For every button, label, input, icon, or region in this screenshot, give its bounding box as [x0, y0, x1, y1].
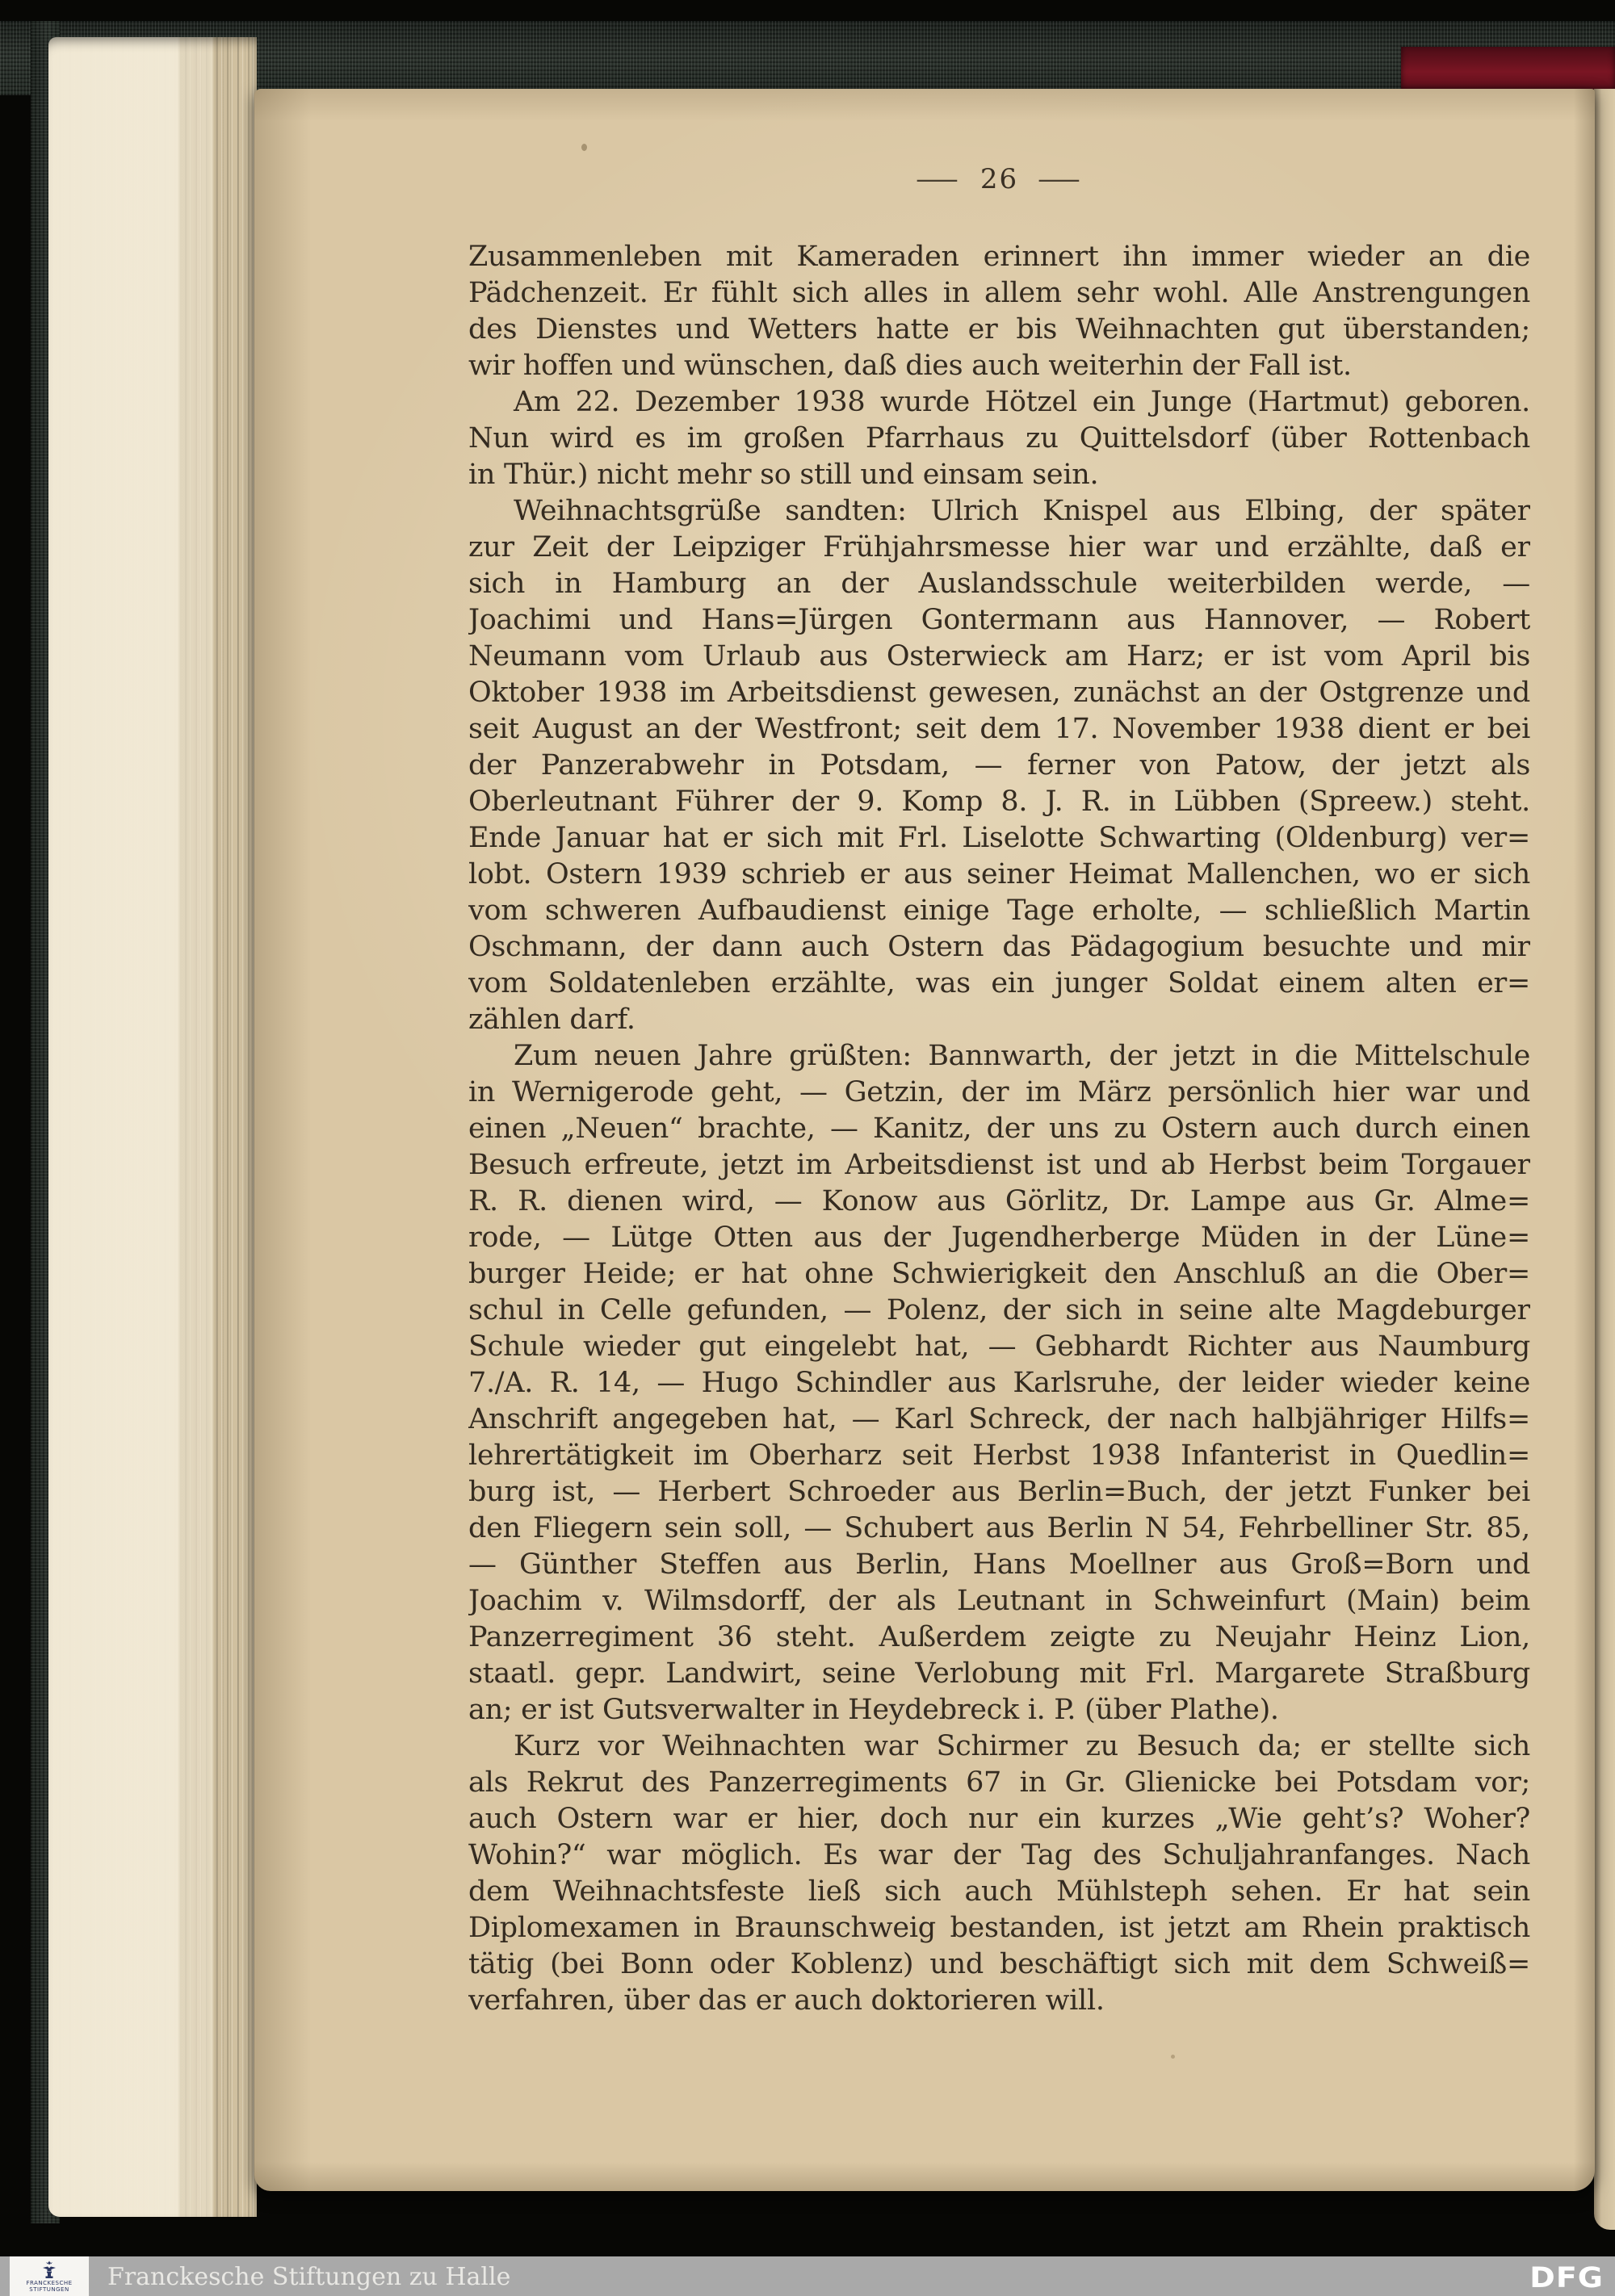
- text-line: Oberleutnant Führer der 9. Komp 8. J. R.…: [468, 784, 1530, 820]
- text-line: rode, — Lütge Otten aus der Jugendherber…: [468, 1220, 1530, 1256]
- text-line: zur Zeit der Leipziger Frühjahrsmesse hi…: [468, 530, 1530, 566]
- text-line: als Rekrut des Panzerregiments 67 in Gr.…: [468, 1765, 1530, 1801]
- text-line: Oschmann, der dann auch Ostern das Pädag…: [468, 929, 1530, 966]
- text-line: vom schweren Aufbaudienst einige Tage er…: [468, 893, 1530, 929]
- paper-speck: [581, 144, 587, 151]
- dfg-logo: DFG: [1529, 2261, 1604, 2294]
- text-line: Kurz vor Weihnachten war Schirmer zu Bes…: [468, 1728, 1530, 1765]
- scanned-book-viewer: —26— Zusammenleben mit Kameraden erinner…: [0, 0, 1615, 2296]
- text-line: der Panzerabwehr in Potsdam, — ferner vo…: [468, 748, 1530, 784]
- text-line: Oktober 1938 im Arbeitsdienst gewesen, z…: [468, 675, 1530, 711]
- header-dash-left: —: [915, 163, 962, 195]
- text-line: Am 22. Dezember 1938 wurde Hötzel ein Ju…: [468, 384, 1530, 421]
- text-line: Zum neuen Jahre grüßten: Bannwarth, der …: [468, 1038, 1530, 1075]
- text-line: Schule wieder gut eingelebt hat, — Gebha…: [468, 1329, 1530, 1365]
- text-line: dem Weihnachtsfeste ließ sich auch Mühls…: [468, 1874, 1530, 1910]
- page-stack-edges: [48, 37, 257, 2217]
- viewer-footer-bar: FRANCKESCHE STIFTUNGEN Franckesche Stift…: [0, 2256, 1615, 2296]
- text-line: Anschrift angegeben hat, — Karl Schreck,…: [468, 1401, 1530, 1438]
- text-line: Zusammenleben mit Kameraden erinnert ihn…: [468, 239, 1530, 275]
- text-line: wir hoffen und wünschen, daß dies auch w…: [468, 348, 1530, 384]
- page-header: —26—: [468, 163, 1530, 195]
- text-line: lehrertätigkeit im Oberharz seit Herbst …: [468, 1438, 1530, 1474]
- text-line: sich in Hamburg an der Auslandsschule we…: [468, 566, 1530, 602]
- paper-speck: [1171, 2055, 1175, 2059]
- header-dash-right: —: [1037, 163, 1084, 195]
- text-line: Ende Januar hat er sich mit Frl. Liselot…: [468, 820, 1530, 857]
- text-line: den Fliegern sein soll, — Schubert aus B…: [468, 1510, 1530, 1547]
- text-line: in Thür.) nicht mehr so still und einsam…: [468, 457, 1530, 493]
- text-line: Joachim v. Wilmsdorff, der als Leutnant …: [468, 1583, 1530, 1619]
- text-line: Joachimi und Hans=Jürgen Gontermann aus …: [468, 602, 1530, 639]
- text-line: burger Heide; er hat ohne Schwierigkeit …: [468, 1256, 1530, 1293]
- facing-page-sliver: [1594, 89, 1615, 2230]
- text-line: Nun wird es im großen Pfarrhaus zu Quitt…: [468, 421, 1530, 457]
- text-line: Diplomexamen in Braunschweig bestanden, …: [468, 1910, 1530, 1946]
- text-line: Panzerregiment 36 steht. Außerdem zeigte…: [468, 1619, 1530, 1656]
- logo-caption-line2: STIFTUNGEN: [29, 2286, 69, 2293]
- page-number: 26: [980, 163, 1018, 195]
- logo-caption-line1: FRANCKESCHE: [26, 2280, 72, 2286]
- text-block: Zusammenleben mit Kameraden erinnert ihn…: [468, 239, 1530, 2019]
- text-line: 7./A. R. 14, — Hugo Schindler aus Karlsr…: [468, 1365, 1530, 1401]
- text-line: verfahren, über das er auch doktorieren …: [468, 1983, 1530, 2019]
- institution-label: Franckesche Stiftungen zu Halle: [107, 2263, 510, 2291]
- text-line: R. R. dienen wird, — Konow aus Görlitz, …: [468, 1184, 1530, 1220]
- text-line: seit August an der Westfront; seit dem 1…: [468, 711, 1530, 748]
- text-line: schul in Celle gefunden, — Polenz, der s…: [468, 1293, 1530, 1329]
- text-line: des Dienstes und Wetters hatte er bis We…: [468, 312, 1530, 348]
- text-line: staatl. gepr. Landwirt, seine Verlobung …: [468, 1656, 1530, 1692]
- text-line: einen „Neuen“ brachte, — Kanitz, der uns…: [468, 1111, 1530, 1147]
- text-line: vom Soldatenleben erzählte, was ein jung…: [468, 966, 1530, 1002]
- book-red-spine-edge: [1401, 47, 1615, 92]
- text-line: Neumann vom Urlaub aus Osterwieck am Har…: [468, 639, 1530, 675]
- text-line: an; er ist Gutsverwalter in Heydebreck i…: [468, 1692, 1530, 1728]
- scanned-page: —26— Zusammenleben mit Kameraden erinner…: [254, 89, 1595, 2191]
- text-line: — Günther Steffen aus Berlin, Hans Moell…: [468, 1547, 1530, 1583]
- eagle-sun-emblem-icon: [40, 2260, 58, 2280]
- franckesche-stiftungen-logo: FRANCKESCHE STIFTUNGEN: [10, 2256, 89, 2296]
- text-line: Besuch erfreute, jetzt im Arbeitsdienst …: [468, 1147, 1530, 1184]
- text-line: burg ist, — Herbert Schroeder aus Berlin…: [468, 1474, 1530, 1510]
- text-line: lobt. Ostern 1939 schrieb er aus seiner …: [468, 857, 1530, 893]
- text-line: Wohin?“ war möglich. Es war der Tag des …: [468, 1837, 1530, 1874]
- text-line: in Wernigerode geht, — Getzin, der im Mä…: [468, 1075, 1530, 1111]
- text-line: Weihnachtsgrüße sandten: Ulrich Knispel …: [468, 493, 1530, 530]
- text-line: Pädchenzeit. Er fühlt sich alles in alle…: [468, 275, 1530, 312]
- text-line: tätig (bei Bonn oder Koblenz) und beschä…: [468, 1946, 1530, 1983]
- text-line: auch Ostern war er hier, doch nur ein ku…: [468, 1801, 1530, 1837]
- text-line: zählen darf.: [468, 1002, 1530, 1038]
